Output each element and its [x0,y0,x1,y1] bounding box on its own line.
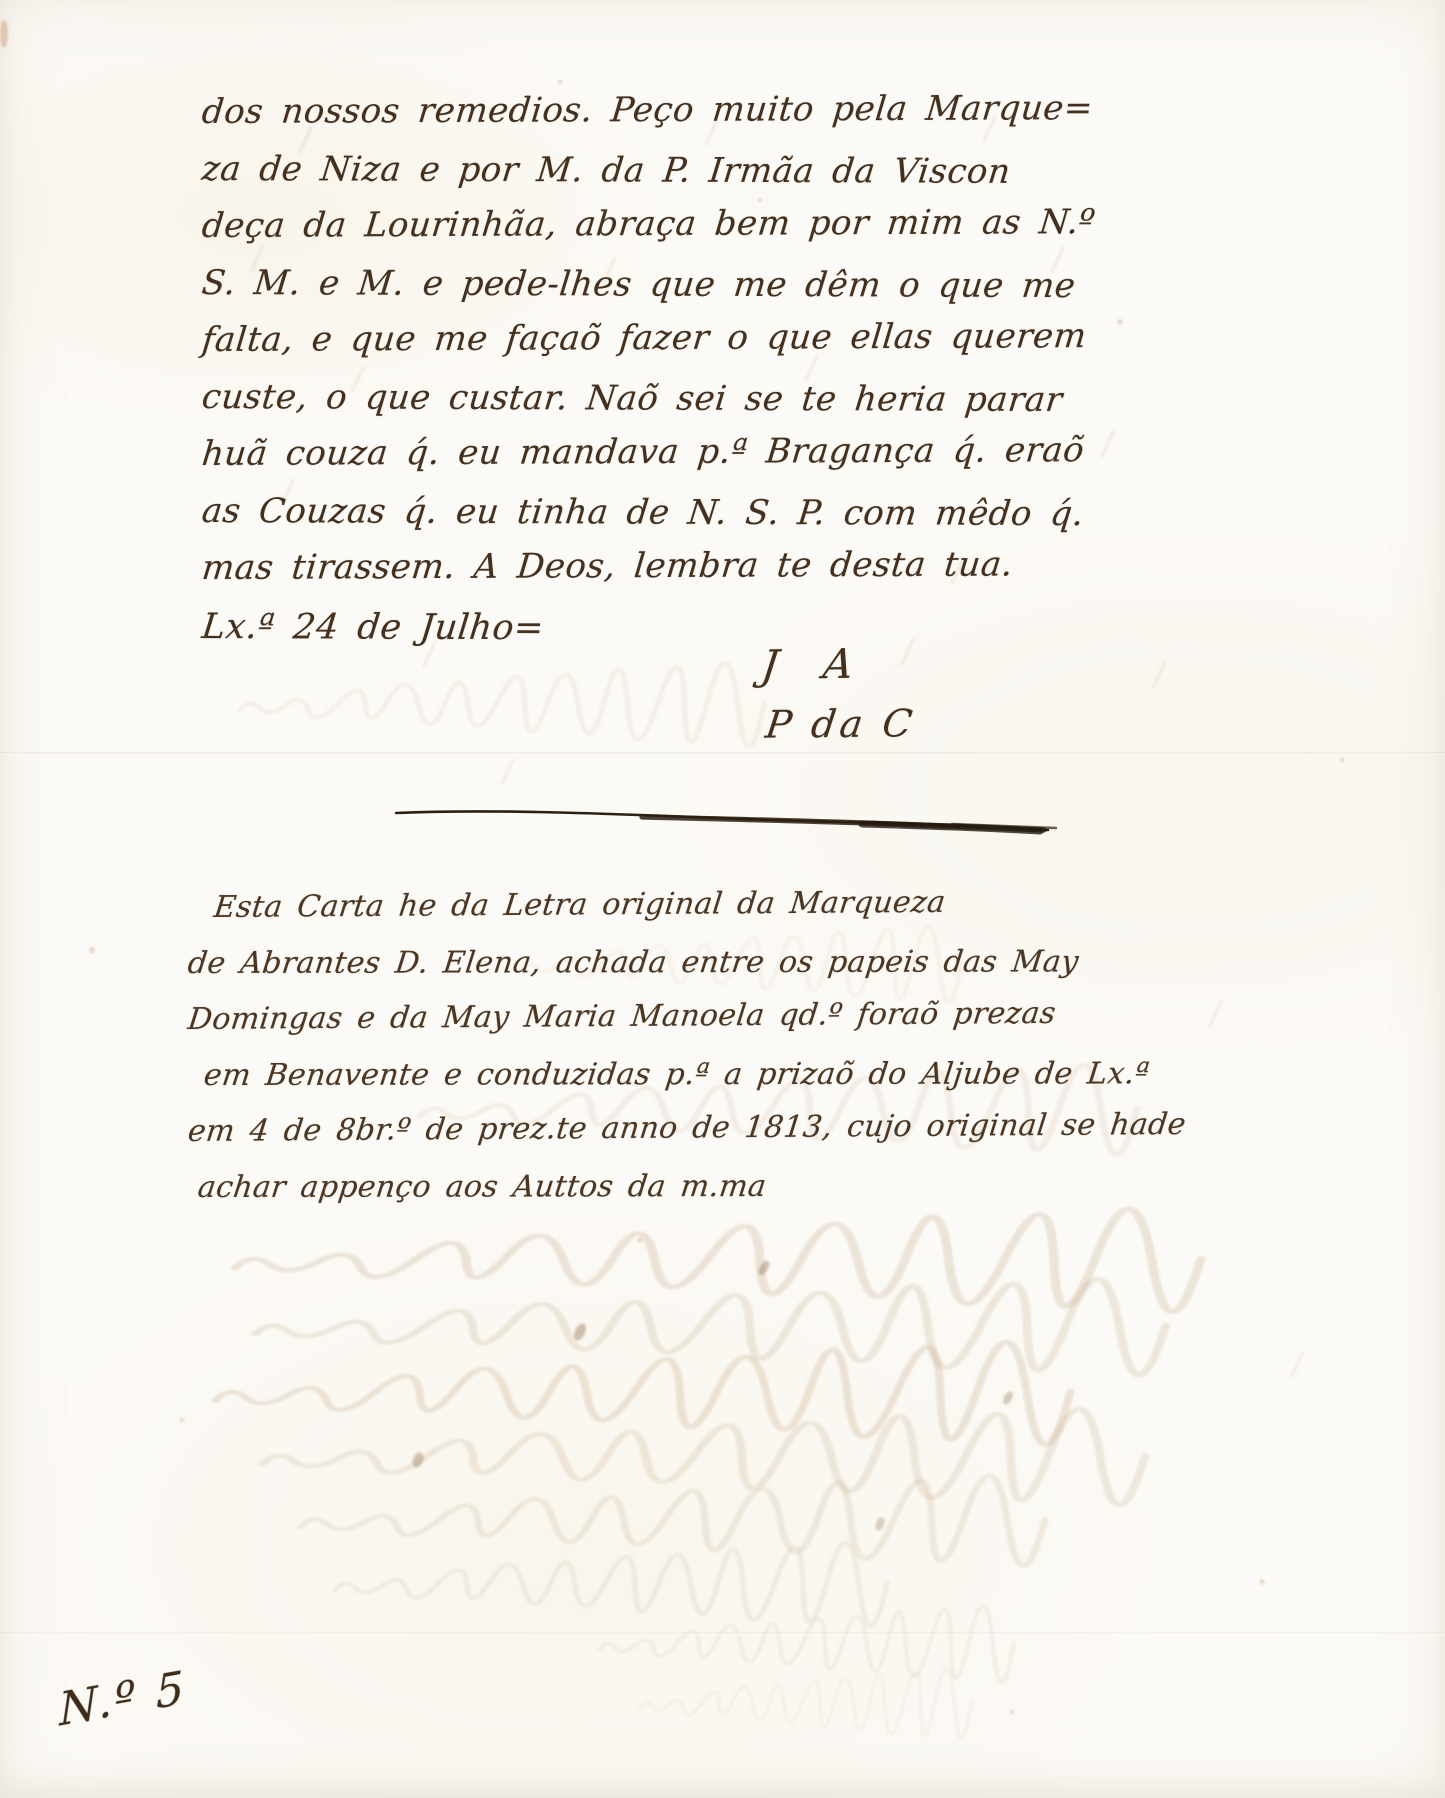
letter-line-9: mas tirassem. A Deos, lembra te desta tu… [199,536,1105,597]
letter-line-2: za de Niza e por M. da P. Irmãa da Visco… [199,141,1105,201]
signature-initials: J A [759,639,919,690]
note-line-1: Esta Carta he da Letra original da Marqu… [211,873,1152,936]
note-line-6: achar appenço aos Auttos da m.ma [195,1158,1152,1216]
letter-line-6: custe, o que custar. Naõ sei se te heria… [199,369,1105,429]
letter-dateline: Lx.ª 24 de Julho= [199,599,1105,659]
note-line-3: Domingas e da May Maria Manoela qd.º for… [185,985,1152,1048]
hand-drawn-divider-rule [392,804,1060,840]
note-line-2: de Abrantes D. Elena, achada entre os pa… [185,934,1152,992]
letter-line-1: dos nossos remedios. Peço muito pela Mar… [199,80,1105,141]
letter-body: dos nossos remedios. Peço muito pela Mar… [202,84,1102,656]
signature-block: J A P da C [762,640,916,746]
paper-crease [0,752,1445,755]
archivist-note: Esta Carta he da Letra original da Marqu… [188,880,1148,1216]
signature-second-line: P da C [763,701,919,746]
paper-crease-lower [0,1632,1445,1635]
letter-line-5: falta, e que me façaõ fazer o que ellas … [199,308,1105,369]
letter-line-3: deça da Lourinhãa, abraça bem por mim as… [199,194,1105,255]
letter-line-7: huã couza q́. eu mandava p.ª Bragança q́… [199,422,1105,483]
note-line-4: em Benavente e conduzidas p.ª a prizaõ d… [201,1046,1152,1104]
page-number: N.º 5 [58,1660,188,1736]
letter-line-4: S. M. e M. e pede-lhes que me dêm o que … [199,255,1105,315]
manuscript-page: dos nossos remedios. Peço muito pela Mar… [0,0,1445,1798]
letter-line-8: as Couzas q́. eu tinha de N. S. P. com m… [199,483,1105,543]
note-line-5: em 4 de 8br.º de prez.te anno de 1813, c… [185,1097,1152,1160]
